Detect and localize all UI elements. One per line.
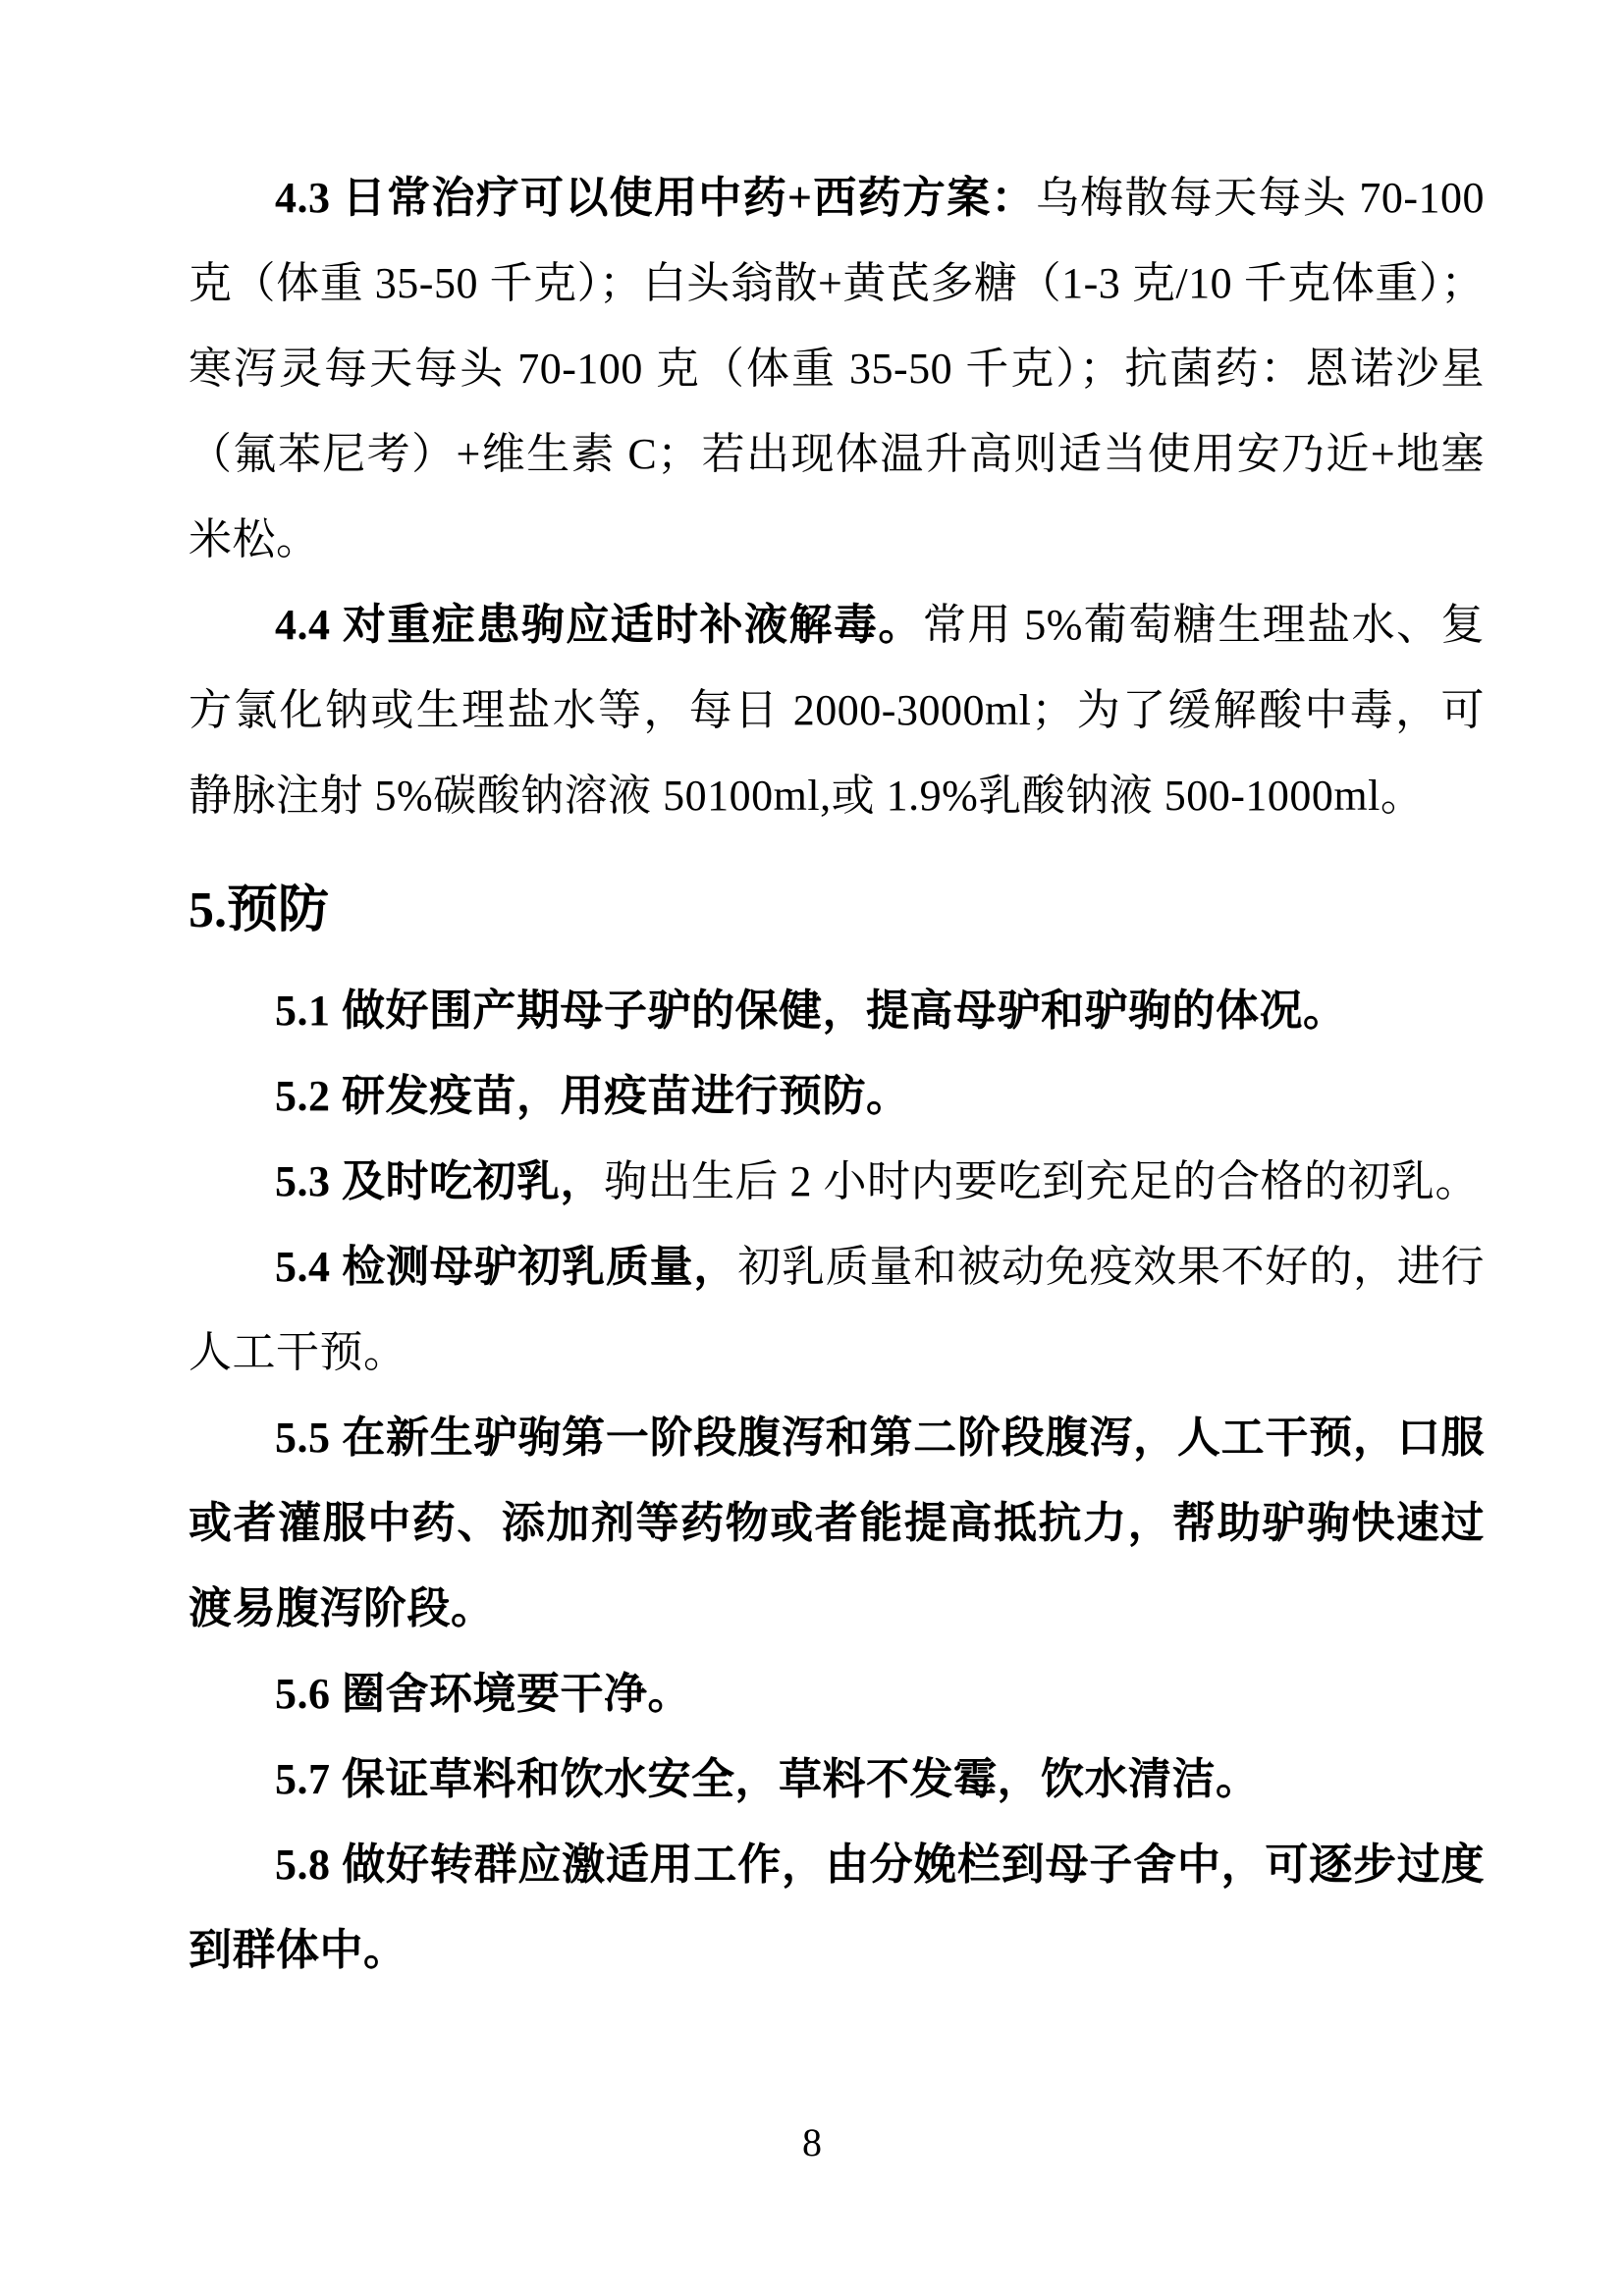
paragraph-5-8-lead: 5.8 做好转群应激适用工作，由分娩栏到母子舍中，可逐步过度到群体中。 [189, 1841, 1485, 1974]
paragraph-5-7: 5.7 保证草料和饮水安全，草料不发霉，饮水清洁。 [189, 1736, 1485, 1822]
paragraph-4-4-lead: 4.4 对重症患驹应适时补液解毒。 [275, 601, 923, 649]
paragraph-5-6-lead: 5.6 圈舍环境要干净。 [275, 1670, 691, 1718]
paragraph-5-3: 5.3 及时吃初乳，驹出生后 2 小时内要吃到充足的合格的初乳。 [189, 1139, 1485, 1224]
paragraph-5-3-body: 驹出生后 2 小时内要吃到充足的合格的初乳。 [604, 1157, 1479, 1205]
paragraph-5-2: 5.2 研发疫苗，用疫苗进行预防。 [189, 1053, 1485, 1139]
paragraph-5-5-lead: 5.5 在新生驴驹第一阶段腹泻和第二阶段腹泻，人工干预，口服或者灌服中药、添加剂… [189, 1414, 1485, 1632]
paragraph-5-1: 5.1 做好围产期母子驴的保健，提高母驴和驴驹的体况。 [189, 968, 1485, 1053]
section-5-heading: 5.预防 [189, 864, 1485, 958]
paragraph-5-4: 5.4 检测母驴初乳质量，初乳质量和被动免疫效果不好的，进行人工干预。 [189, 1224, 1485, 1395]
paragraph-5-7-lead: 5.7 保证草料和饮水安全，草料不发霉，饮水清洁。 [275, 1755, 1260, 1803]
paragraph-5-5: 5.5 在新生驴驹第一阶段腹泻和第二阶段腹泻，人工干预，口服或者灌服中药、添加剂… [189, 1395, 1485, 1651]
paragraph-5-2-lead: 5.2 研发疫苗，用疫苗进行预防。 [275, 1072, 910, 1120]
document-page: 4.3 日常治疗可以使用中药+西药方案：乌梅散每天每头 70-100 克（体重 … [0, 0, 1624, 2296]
paragraph-5-4-lead: 5.4 检测母驴初乳质量， [275, 1243, 737, 1291]
paragraph-5-6: 5.6 圈舍环境要干净。 [189, 1651, 1485, 1736]
paragraph-4-3-lead: 4.3 日常治疗可以使用中药+西药方案： [275, 174, 1036, 222]
paragraph-4-3: 4.3 日常治疗可以使用中药+西药方案：乌梅散每天每头 70-100 克（体重 … [189, 155, 1485, 582]
paragraph-4-3-body: 乌梅散每天每头 70-100 克（体重 35-50 千克）；白头翁散+黄芪多糖（… [189, 174, 1485, 563]
page-number: 8 [0, 2119, 1624, 2166]
paragraph-5-1-lead: 5.1 做好围产期母子驴的保健，提高母驴和驴驹的体况。 [275, 987, 1347, 1035]
paragraph-4-4: 4.4 对重症患驹应适时补液解毒。常用 5%葡萄糖生理盐水、复方氯化钠或生理盐水… [189, 582, 1485, 838]
paragraph-5-3-lead: 5.3 及时吃初乳， [275, 1157, 604, 1205]
paragraph-5-8: 5.8 做好转群应激适用工作，由分娩栏到母子舍中，可逐步过度到群体中。 [189, 1822, 1485, 1993]
